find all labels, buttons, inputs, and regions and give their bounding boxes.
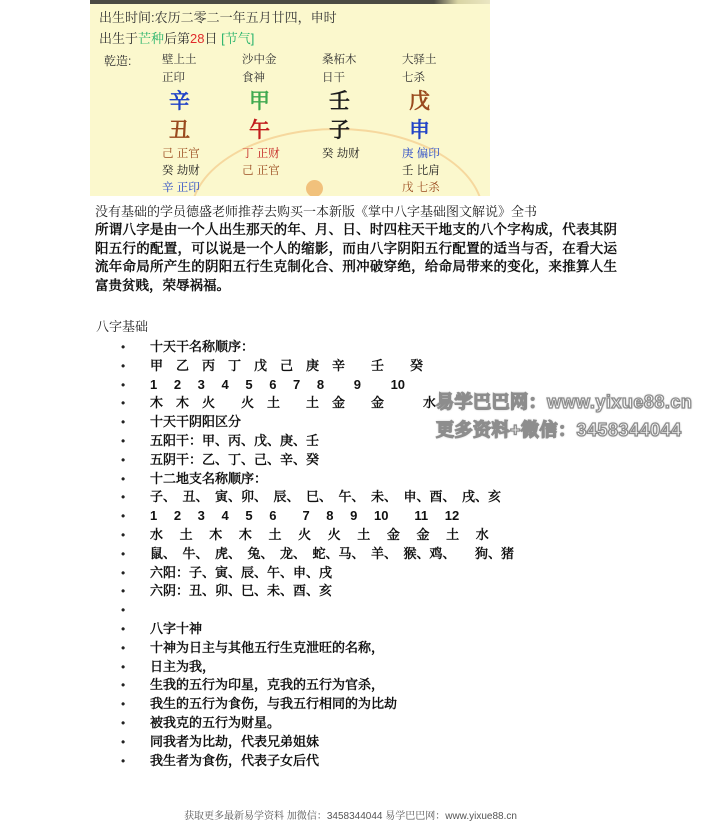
list-item: 1 2 3 4 5 6 7 8 9 10 11 12 (95, 507, 660, 526)
pillar-column-day: 桑柘木 日干 壬 子 癸 劫财 (322, 51, 402, 196)
heavenly-stem: 壬 (322, 88, 402, 117)
solar-term-seg: 日 (205, 31, 222, 46)
hidden-stem (322, 163, 402, 180)
ten-god-label: 七杀 (402, 69, 482, 88)
nayin-label: 壁上土 (162, 51, 242, 69)
solar-term-line: 出生于芒种后第28日 [节气] (99, 28, 337, 49)
watermark-line2: 更多资料+微信：3458344044 (436, 416, 692, 444)
bazi-intro-paragraph: 所谓八字是由一个人出生那天的年、月、日、时四柱天干地支的八个字构成，代表其阴阳五… (95, 221, 617, 295)
ten-god-label: 日干 (322, 69, 402, 88)
hidden-stem: 癸 劫财 (162, 163, 242, 180)
nayin-label: 沙中金 (242, 51, 322, 69)
hidden-stem: 戊 七杀 (402, 180, 482, 196)
earthly-branch: 丑 (162, 117, 242, 146)
document-page: 出生时间:农历二零二一年五月廿四，申时 出生于芒种后第28日 [节气] 乾造: … (0, 0, 701, 838)
solar-term-seg: 28 (190, 31, 204, 46)
hidden-stem: 己 正官 (242, 163, 322, 180)
birth-info: 出生时间:农历二零二一年五月廿四，申时 出生于芒种后第28日 [节气] (99, 7, 337, 49)
hidden-stem: 庚 偏印 (402, 146, 482, 163)
list-item: 六阴：丑、卯、巳、未、酉、亥 (95, 582, 660, 601)
pillar-column-hour: 大驿土 七杀 戊 申 庚 偏印 壬 比肩 戊 七杀 (402, 51, 482, 196)
hidden-stem (322, 180, 402, 196)
hidden-stem: 癸 劫财 (322, 146, 402, 163)
ten-god-label: 正印 (162, 69, 242, 88)
hidden-stem: 己 正官 (162, 146, 242, 163)
list-item: 甲 乙 丙 丁 戊 己 庚 辛 壬 癸 (95, 357, 660, 376)
list-item: 十神为日主与其他五行生克泄旺的名称， (95, 639, 660, 658)
footer-text: 获取更多最新易学资料 加微信：3458344044 易学巴巴网：www.yixu… (0, 807, 701, 822)
section-title: 八字基础 (96, 316, 148, 335)
watermark-line1: 易学巴巴网：www.yixue88.cn (436, 388, 692, 416)
hidden-stem: 辛 正印 (162, 180, 242, 196)
solar-term-seg: 后第 (164, 31, 190, 46)
list-item: 鼠、 牛、 虎、 兔、 龙、 蛇、马、 羊、 猴、鸡、 狗、猪 (95, 545, 660, 564)
list-item: 生我的五行为印星，克我的五行为官杀， (95, 676, 660, 695)
list-item: 同我者为比劫，代表兄弟姐妹 (95, 733, 660, 752)
hidden-stem (242, 180, 322, 196)
pillar-column-year: 壁上土 正印 辛 丑 己 正官 癸 劫财 辛 正印 (162, 51, 242, 196)
ten-god-label: 食神 (242, 69, 322, 88)
hidden-stem: 丁 正财 (242, 146, 322, 163)
solar-term-seg: [节气] (221, 31, 254, 46)
recommendation-line: 没有基础的学员德盛老师推荐去购买一本新版《掌中八字基础图文解说》全书 (95, 201, 655, 220)
list-item: 我生者为食伤，代表子女后代 (95, 752, 660, 771)
list-item: 被我克的五行为财星。 (95, 714, 660, 733)
list-item: 八字十神 (95, 620, 660, 639)
bazi-chart-panel: 出生时间:农历二零二一年五月廿四，申时 出生于芒种后第28日 [节气] 乾造: … (90, 0, 490, 196)
list-item (95, 601, 660, 620)
site-watermark: 易学巴巴网：www.yixue88.cn 更多资料+微信：3458344044 (436, 388, 692, 444)
birth-time-line: 出生时间:农历二零二一年五月廿四，申时 (99, 7, 337, 28)
qianzao-label: 乾造: (104, 51, 162, 196)
heavenly-stem: 辛 (162, 88, 242, 117)
four-pillars-table: 乾造: 壁上土 正印 辛 丑 己 正官 癸 劫财 辛 正印 沙中金 食神 甲 午… (104, 51, 482, 196)
heavenly-stem: 甲 (242, 88, 322, 117)
hidden-stem: 壬 比肩 (402, 163, 482, 180)
earthly-branch: 申 (402, 117, 482, 146)
nayin-label: 大驿土 (402, 51, 482, 69)
list-item: 水 土 木 木 土 火 火 土 金 金 土 水 (95, 526, 660, 545)
earthly-branch: 子 (322, 117, 402, 146)
pillar-column-month: 沙中金 食神 甲 午 丁 正财 己 正官 (242, 51, 322, 196)
solar-term-seg: 芒种 (138, 31, 164, 46)
list-item: 日主为我， (95, 658, 660, 677)
nayin-label: 桑柘木 (322, 51, 402, 69)
list-item: 十天干名称顺序： (95, 338, 660, 357)
solar-term-seg: 出生于 (99, 31, 138, 46)
list-item: 我生的五行为食伤，与我五行相同的为比劫 (95, 695, 660, 714)
list-item: 五阴干：乙、丁、己、辛、癸 (95, 451, 660, 470)
list-item: 六阳：子、寅、辰、午、申、戌 (95, 564, 660, 583)
list-item: 十二地支名称顺序： (95, 470, 660, 489)
earthly-branch: 午 (242, 117, 322, 146)
cropped-row-remnant (90, 0, 490, 4)
list-item: 子、 丑、 寅、卯、 辰、 巳、 午、 未、 申、酉、 戌、亥 (95, 488, 660, 507)
heavenly-stem: 戊 (402, 88, 482, 117)
